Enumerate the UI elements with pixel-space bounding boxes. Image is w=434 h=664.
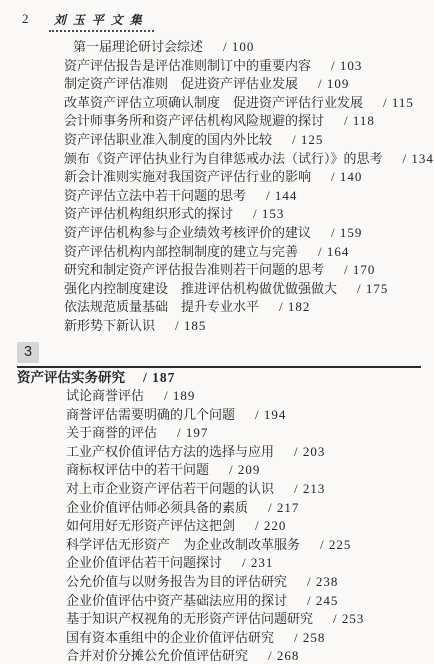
toc-entry: 商誉评估需要明确的几个问题/ 194 (17, 406, 421, 425)
toc-entry: 对上市企业资产评估若干问题的认识/ 213 (17, 480, 421, 499)
toc-entry-title: 国有资本重组中的企业价值评估研究 (66, 630, 274, 645)
toc-entry-page: / 170 (344, 262, 375, 277)
book-title: 刘玉平文集 (49, 11, 154, 32)
toc-entry-title: 资产评估立法中若干问题的思考 (64, 188, 246, 203)
toc-list-section3: 试论商誉评估/ 189 商誉评估需要明确的几个问题/ 194 关于商誉的评估/ … (17, 387, 421, 664)
toc-entry-page: / 245 (307, 593, 338, 608)
toc-entry-page: / 182 (279, 299, 310, 314)
section-heading: 资产评估实务研究/ 187 (17, 369, 421, 388)
toc-entry: 资产评估机构参与企业绩效考核评价的建议/ 159 (0, 224, 434, 243)
toc-entry-title: 资产评估机构内部控制制度的建立与完善 (64, 244, 298, 259)
toc-entry: 工业产权价值评估方法的选择与应用/ 203 (17, 443, 421, 462)
toc-entry-page: / 134 (403, 151, 434, 166)
toc-entry: 新会计准则实施对我国资产评估行业的影响/ 140 (0, 168, 434, 187)
toc-entry-page: / 194 (255, 407, 286, 422)
toc-entry-page: / 225 (320, 537, 351, 552)
toc-list-continued: 第一届理论研讨会综述/ 100 资产评估报告是评估准则制订中的重要内容/ 103… (0, 38, 434, 336)
toc-entry-title: 新会计准则实施对我国资产评估行业的影响 (64, 169, 311, 184)
toc-entry-page: / 220 (255, 518, 286, 533)
toc-entry: 商标权评估中的若干问题/ 209 (17, 461, 421, 480)
toc-entry: 资产评估机构组织形式的探讨/ 153 (0, 205, 434, 224)
toc-entry: 会计师事务所和资产评估机构风险规避的探讨/ 118 (0, 112, 434, 131)
toc-entry-page: / 175 (357, 281, 388, 296)
toc-entry-title: 研究和制定资产评估报告准则若干问题的思考 (64, 262, 324, 277)
toc-entry-page: / 253 (333, 611, 364, 626)
toc-entry-title: 科学评估无形资产 为企业改制改革服务 (66, 537, 300, 552)
toc-entry-title: 制定资产评估准则 促进资产评估业发展 (64, 76, 298, 91)
toc-entry-page: / 185 (175, 318, 206, 333)
toc-entry-page: / 217 (268, 500, 299, 515)
toc-entry-page: / 268 (268, 648, 299, 663)
toc-entry-title: 企业价值评估中资产基础法应用的探讨 (66, 593, 287, 608)
toc-entry-page: / 125 (292, 132, 323, 147)
toc-entry: 如何用好无形资产评估这把剑/ 220 (17, 517, 421, 536)
toc-entry-page: / 103 (331, 58, 362, 73)
toc-entry-page: / 164 (318, 244, 349, 259)
toc-entry-title: 会计师事务所和资产评估机构风险规避的探讨 (64, 113, 324, 128)
toc-entry-title: 关于商誉的评估 (66, 425, 157, 440)
section-page: / 187 (143, 370, 175, 385)
toc-entry: 企业价值评估师必须具备的素质/ 217 (17, 499, 421, 518)
toc-entry-title: 商誉评估需要明确的几个问题 (66, 407, 235, 422)
toc-entry: 新形势下新认识/ 185 (0, 317, 434, 336)
toc-entry-title: 试论商誉评估 (66, 388, 144, 403)
toc-entry-page: / 189 (164, 388, 195, 403)
page-header: 2 刘玉平文集 (22, 11, 434, 31)
toc-entry-page: / 109 (318, 76, 349, 91)
toc-entry-page: / 100 (223, 39, 254, 54)
toc-entry: 科学评估无形资产 为企业改制改革服务/ 225 (17, 536, 421, 555)
toc-entry-title: 颁布《资产评估执业行为自律惩戒办法（试行）》的思考 (64, 151, 383, 166)
toc-entry-title: 强化内控制度建设 推进评估机构做优做强做大 (64, 281, 337, 296)
toc-entry: 颁布《资产评估执业行为自律惩戒办法（试行）》的思考/ 134 (0, 150, 434, 169)
toc-entry-title: 资产评估报告是评估准则制订中的重要内容 (64, 58, 311, 73)
toc-entry-page: / 115 (383, 95, 414, 110)
toc-entry-page: / 203 (294, 444, 325, 459)
toc-entry-page: / 238 (307, 574, 338, 589)
toc-entry-title: 第一届理论研讨会综述 (73, 39, 203, 54)
toc-entry-page: / 213 (294, 481, 325, 496)
toc-entry: 企业价值评估若干问题探讨/ 231 (17, 554, 421, 573)
toc-entry: 合并对价分摊公允价值评估研究/ 268 (17, 647, 421, 664)
toc-entry-title: 资产评估机构组织形式的探讨 (64, 206, 233, 221)
toc-entry: 改革资产评估立项确认制度 促进资产评估行业发展/ 115 (0, 94, 434, 113)
toc-entry: 公允价值与以财务报告为目的评估研究/ 238 (17, 573, 421, 592)
toc-entry: 资产评估职业准入制度的国内外比较/ 125 (0, 131, 434, 150)
page-number: 2 (22, 11, 29, 27)
toc-entry-page: / 258 (294, 630, 325, 645)
toc-entry-page: / 209 (229, 462, 260, 477)
section-number-badge: 3 (17, 342, 39, 363)
toc-entry-title: 工业产权价值评估方法的选择与应用 (66, 444, 274, 459)
toc-entry-page: / 140 (331, 169, 362, 184)
toc-entry: 研究和制定资产评估报告准则若干问题的思考/ 170 (0, 261, 434, 280)
toc-entry-page: / 144 (266, 188, 297, 203)
toc-entry: 资产评估立法中若干问题的思考/ 144 (0, 187, 434, 206)
toc-entry-title: 资产评估职业准入制度的国内外比较 (64, 132, 272, 147)
toc-entry-page: / 153 (253, 206, 284, 221)
toc-entry: 国有资本重组中的企业价值评估研究/ 258 (17, 629, 421, 648)
toc-entry-title: 依法规范质量基础 提升专业水平 (64, 299, 259, 314)
toc-entry: 基于知识产权视角的无形资产评估问题研究/ 253 (17, 610, 421, 629)
toc-entry-page: / 197 (177, 425, 208, 440)
toc-entry-title: 改革资产评估立项确认制度 促进资产评估行业发展 (64, 95, 363, 110)
toc-entry-title: 公允价值与以财务报告为目的评估研究 (66, 574, 287, 589)
toc-entry-title: 对上市企业资产评估若干问题的认识 (66, 481, 274, 496)
toc-entry-title: 如何用好无形资产评估这把剑 (66, 518, 235, 533)
toc-continued-rows: 资产评估报告是评估准则制订中的重要内容/ 103 制定资产评估准则 促进资产评估… (0, 57, 434, 336)
toc-entry-title: 基于知识产权视角的无形资产评估问题研究 (66, 611, 313, 626)
toc-entry: 试论商誉评估/ 189 (17, 387, 421, 406)
toc-entry-title: 商标权评估中的若干问题 (66, 462, 209, 477)
toc-entry-page: / 118 (344, 113, 375, 128)
toc-entry: 依法规范质量基础 提升专业水平/ 182 (0, 298, 434, 317)
section-3-block: 3 资产评估实务研究/ 187 试论商誉评估/ 189 商誉评估需要明确的几个问… (17, 342, 421, 664)
toc-entry: 关于商誉的评估/ 197 (17, 424, 421, 443)
book-page: 2 刘玉平文集 第一届理论研讨会综述/ 100 资产评估报告是评估准则制订中的重… (0, 0, 434, 664)
toc-entry-title: 资产评估机构参与企业绩效考核评价的建议 (64, 225, 311, 240)
toc-entry: 资产评估报告是评估准则制订中的重要内容/ 103 (0, 57, 434, 76)
toc-entry: 资产评估机构内部控制制度的建立与完善/ 164 (0, 243, 434, 262)
toc-entry-page: / 231 (242, 555, 273, 570)
toc-entry-title: 新形势下新认识 (64, 318, 155, 333)
toc-entry-title: 企业价值评估师必须具备的素质 (66, 500, 248, 515)
toc-entry-title: 合并对价分摊公允价值评估研究 (66, 648, 248, 663)
toc-entry-title: 企业价值评估若干问题探讨 (66, 555, 222, 570)
toc-entry: 第一届理论研讨会综述/ 100 (0, 38, 434, 57)
toc-entry: 强化内控制度建设 推进评估机构做优做强做大/ 175 (0, 280, 434, 299)
toc-entry: 企业价值评估中资产基础法应用的探讨/ 245 (17, 592, 421, 611)
toc-entry: 制定资产评估准则 促进资产评估业发展/ 109 (0, 75, 434, 94)
section-title: 资产评估实务研究 (17, 370, 125, 385)
toc-entry-page: / 159 (331, 225, 362, 240)
